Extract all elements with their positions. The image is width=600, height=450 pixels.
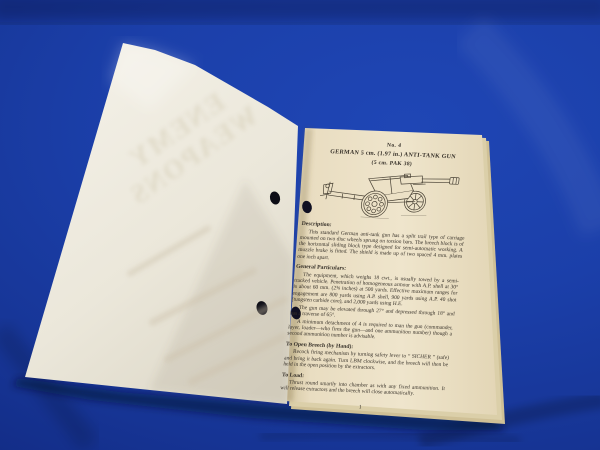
section-paragraph: The equipment, which weighs 18 cwt., is … [291, 271, 459, 309]
fabric-top-shade [0, 0, 600, 22]
page-number: 1 [269, 400, 452, 414]
anti-tank-gun-illustration [309, 167, 467, 223]
section-general-particulars: General Particulars: The equipment, whic… [278, 264, 469, 344]
section-paragraph: This standard German anti-tank gun has a… [297, 228, 465, 266]
gun-breech [399, 173, 426, 185]
section-to-load: To Load: Thrust round smartly into chamb… [271, 371, 455, 399]
section-open-breech: To Open Breech (by Hand): Recock firing … [274, 341, 459, 375]
section-description: Description: This standard German anti-t… [288, 221, 475, 267]
photo-scene: ENEMY WEAPONS No. 4 GERMAN 5 cm. (1.97 i… [0, 0, 600, 450]
gun-barrel [422, 176, 460, 184]
fabric-wrinkle-2 [260, 434, 520, 441]
manual-page: No. 4 GERMAN 5 cm. (1.97 in.) ANTI-TANK … [268, 128, 487, 419]
